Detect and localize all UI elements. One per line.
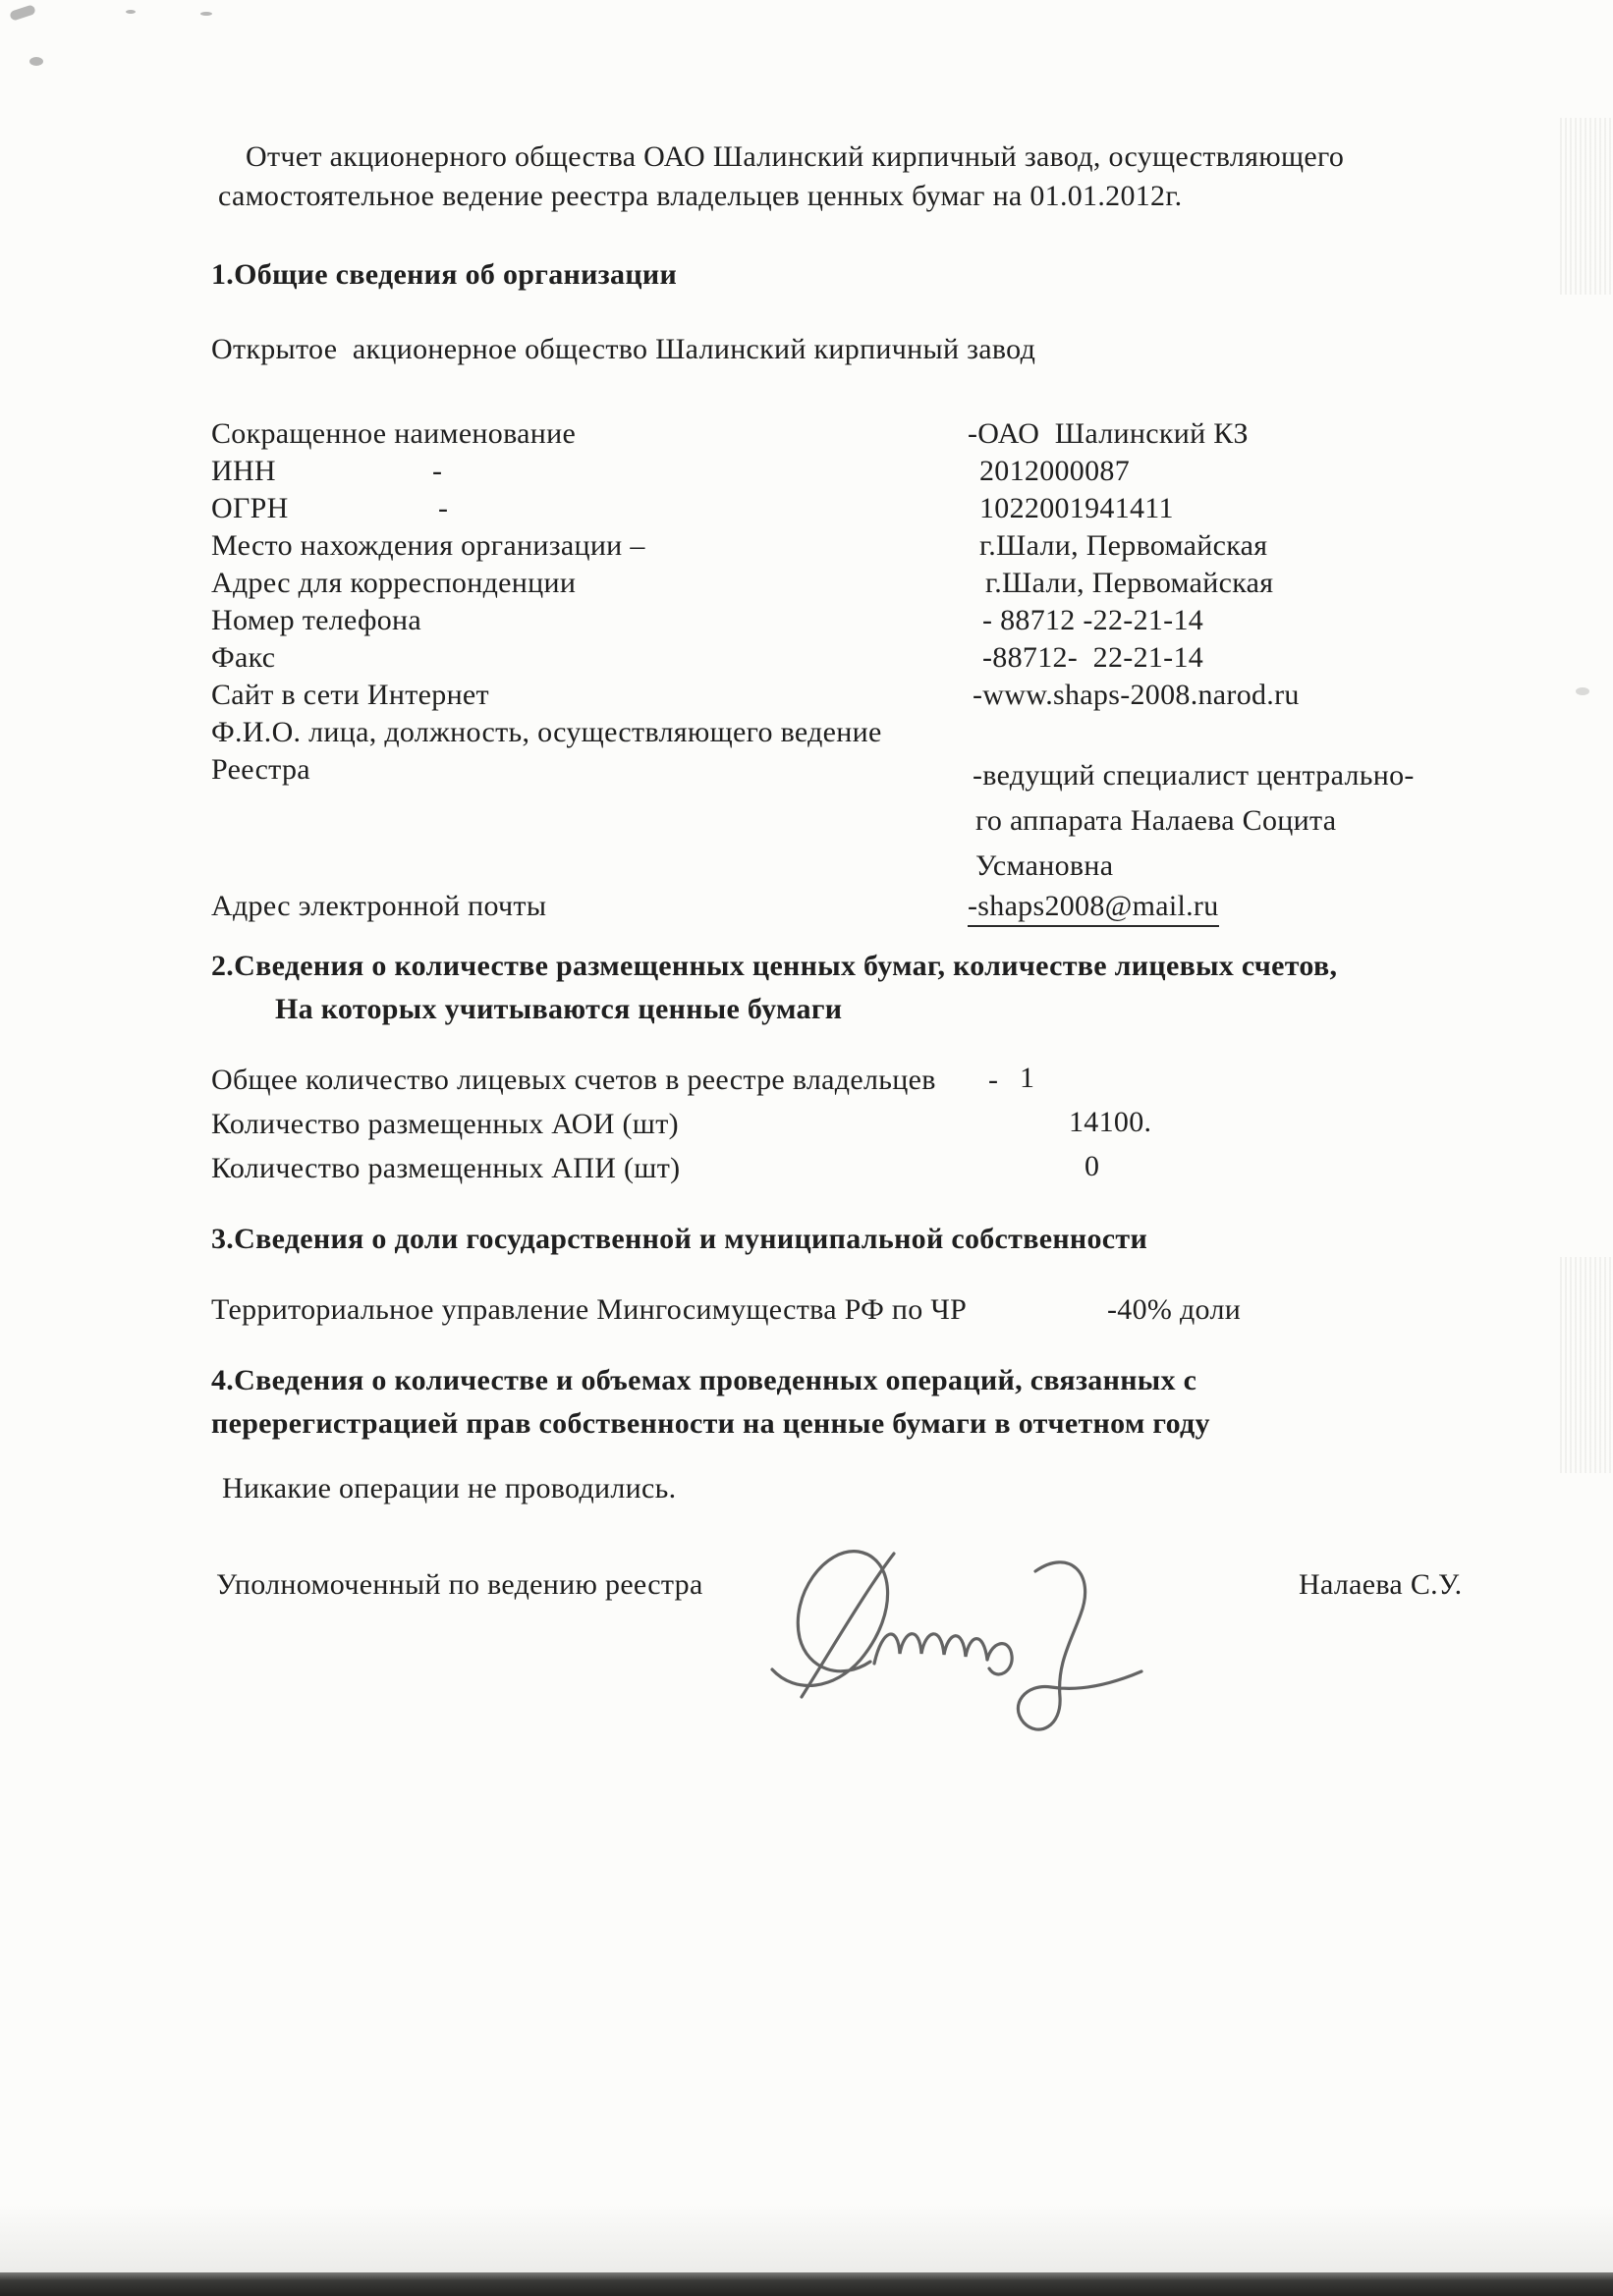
field-value-fax: -88712- 22-21-14 xyxy=(982,640,1203,676)
scan-edge-texture xyxy=(1560,118,1613,295)
scan-speck xyxy=(126,10,136,14)
field-value-mail-address: г.Шали, Первомайская xyxy=(985,566,1273,601)
field-value-website: -www.shaps-2008.narod.ru xyxy=(973,678,1300,713)
section4-heading-line2: перерегистрацией прав собственности на ц… xyxy=(211,1406,1210,1442)
field-label-fax: Факс xyxy=(211,640,275,676)
field-label-registry: Реестра xyxy=(211,752,310,788)
field-label-registrar-person: Ф.И.О. лица, должность, осуществляющего … xyxy=(211,715,882,750)
api-count-label: Количество размещенных АПИ (шт) xyxy=(211,1151,680,1186)
scanned-report-page: Отчет акционерного общества ОАО Шалински… xyxy=(0,0,1613,2296)
registrar-value-line1: -ведущий специалист центрально- xyxy=(973,758,1415,793)
accounts-total-label: Общее количество лицевых счетов в реестр… xyxy=(211,1063,936,1098)
registrar-value-line2: го аппарата Налаева Социта xyxy=(975,803,1336,839)
scan-speck xyxy=(200,12,212,16)
aoi-count-value: 14100. xyxy=(1069,1105,1151,1140)
field-label-email: Адрес электронной почты xyxy=(211,889,546,924)
field-value-ogrn: 1022001941411 xyxy=(979,491,1174,526)
field-value-email: -shaps2008@mail.ru xyxy=(968,889,1219,927)
field-label-inn: ИНН xyxy=(211,454,276,489)
field-dash-ogrn: - xyxy=(438,491,448,526)
field-label-ogrn: ОГРН xyxy=(211,491,289,526)
field-label-mail-address: Адрес для корреспонденции xyxy=(211,566,576,601)
accounts-total-value: 1 xyxy=(1020,1061,1034,1096)
field-label-phone: Номер телефона xyxy=(211,603,421,638)
scan-speck xyxy=(29,57,43,66)
scan-edge-texture xyxy=(1560,1257,1613,1473)
scan-bottom-shadow xyxy=(0,2204,1613,2272)
field-value-short-name: -ОАО Шалинский КЗ xyxy=(968,416,1249,452)
field-dash-inn: - xyxy=(432,454,442,489)
org-full-name: Открытое акционерное общество Шалинский … xyxy=(211,332,1035,367)
section4-heading-line1: 4.Сведения о количестве и объемах провед… xyxy=(211,1363,1196,1398)
field-label-location: Место нахождения организации – xyxy=(211,528,645,564)
section3-heading: 3.Сведения о доли государственной и муни… xyxy=(211,1222,1147,1257)
accounts-total-dash: - xyxy=(988,1063,998,1098)
scan-bottom-bar xyxy=(0,2272,1613,2296)
state-share-value: -40% доли xyxy=(1107,1292,1241,1328)
aoi-count-label: Количество размещенных АОИ (шт) xyxy=(211,1107,679,1142)
scan-speck xyxy=(1576,687,1589,695)
field-value-location: г.Шали, Первомайская xyxy=(979,528,1267,564)
field-value-phone: - 88712 -22-21-14 xyxy=(982,603,1203,638)
state-share-label: Территориальное управление Мингосимущест… xyxy=(211,1292,967,1328)
section1-heading: 1.Общие сведения об организации xyxy=(211,257,677,293)
signature-label: Уполномоченный по ведению реестра xyxy=(216,1567,703,1603)
field-label-website: Сайт в сети Интернет xyxy=(211,678,489,713)
scan-speck xyxy=(9,4,36,22)
section2-heading-line1: 2.Сведения о количестве размещенных ценн… xyxy=(211,949,1337,984)
document-title-line2: самостоятельное ведение реестра владельц… xyxy=(218,179,1182,214)
signature-name: Налаева С.У. xyxy=(1299,1567,1462,1603)
registrar-value-line3: Усмановна xyxy=(975,848,1113,884)
field-label-short-name: Сокращенное наименование xyxy=(211,416,576,452)
document-title-line1: Отчет акционерного общества ОАО Шалински… xyxy=(246,139,1344,175)
api-count-value: 0 xyxy=(1085,1149,1099,1184)
handwritten-signature xyxy=(745,1514,1167,1745)
section2-heading-line2: На которых учитываются ценные бумаги xyxy=(275,992,842,1027)
field-value-inn: 2012000087 xyxy=(979,454,1130,489)
no-operations-text: Никакие операции не проводились. xyxy=(222,1471,676,1506)
